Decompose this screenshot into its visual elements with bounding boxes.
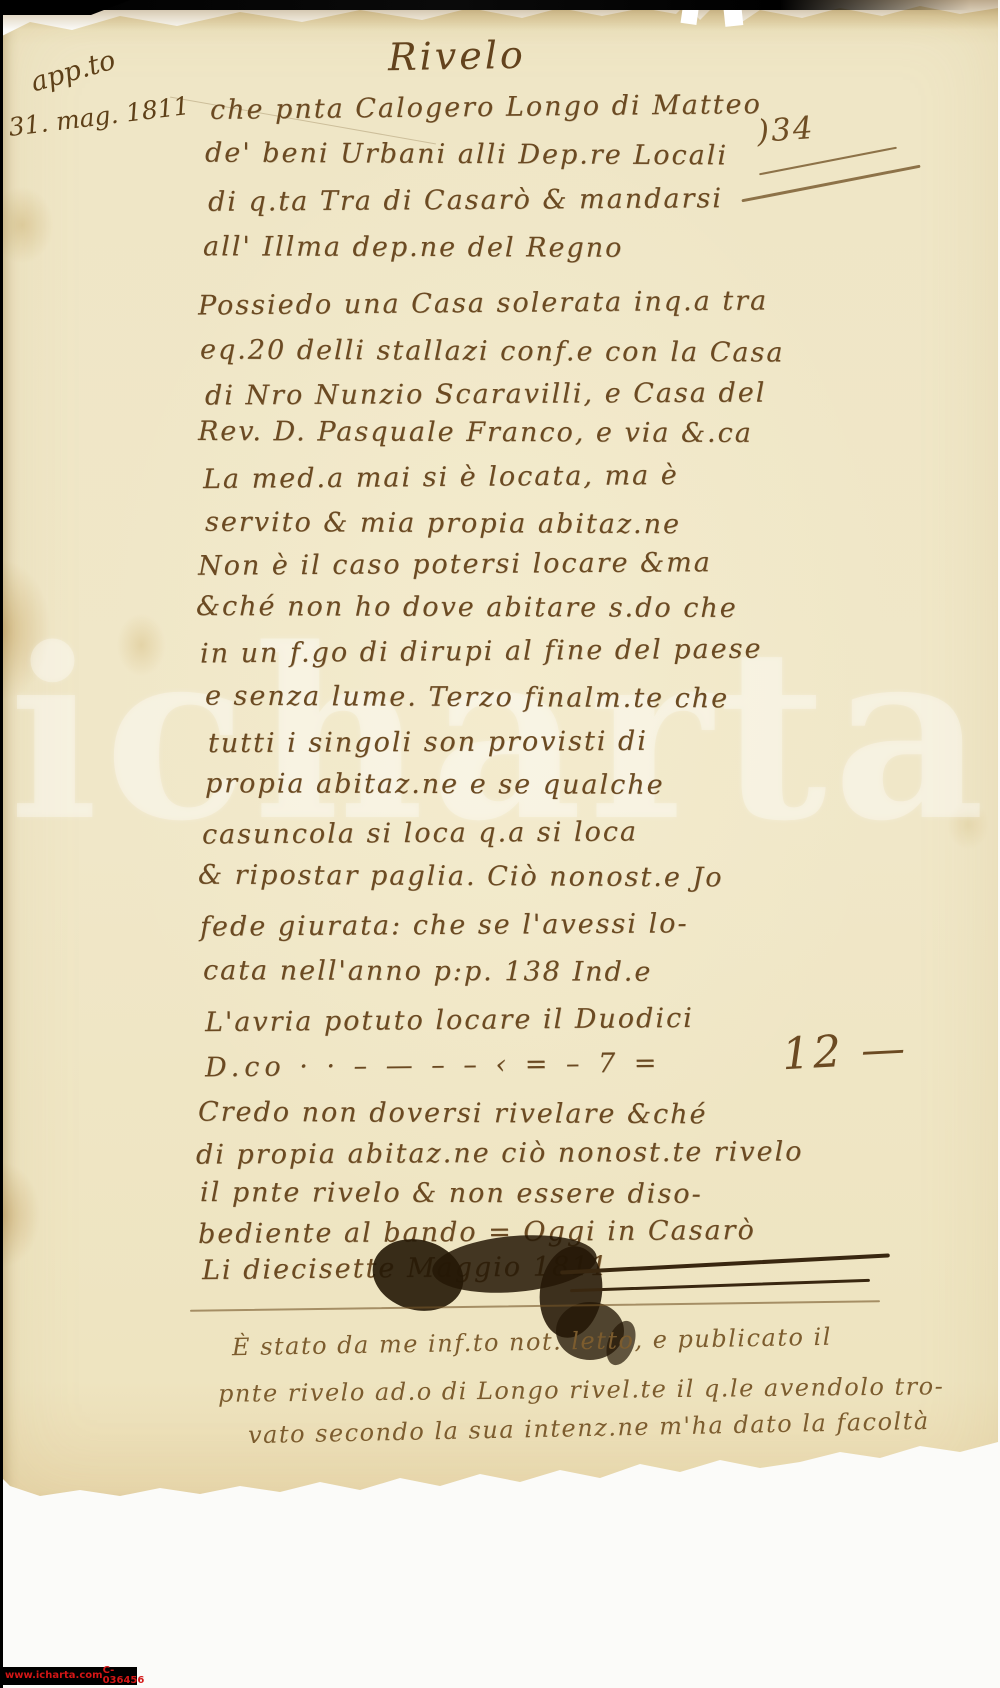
manuscript-line: casuncola si loca q.a si loca	[202, 816, 638, 850]
manuscript-line: Possiedo una Casa solerata inq.a tra	[198, 286, 768, 322]
amount-value: 12 —	[781, 1023, 909, 1081]
manuscript-line: Rev. D. Pasquale Franco, e via &.ca	[198, 416, 753, 449]
scan-edge-left	[0, 0, 3, 1688]
manuscript-line: &ché non ho dove abitare s.do che	[196, 591, 738, 624]
manuscript-line: all' Illma dep.ne del Regno	[203, 231, 623, 264]
folio-number: )34	[756, 110, 816, 150]
manuscript-line: di Nro Nunzio Scaravilli, e Casa del	[205, 378, 767, 412]
footer-site-url: www.icharta.com	[5, 1671, 103, 1681]
manuscript-line: servito & mia propia abitaz.ne	[205, 507, 681, 541]
footer-id-bar: www.icharta.com C-036456	[2, 1667, 137, 1685]
manuscript-line: in un f.go di dirupi al fine del paese	[200, 634, 763, 670]
manuscript-line: cata nell'anno p:p. 138 Ind.e	[203, 955, 652, 988]
manuscript-line: de' beni Urbani alli Dep.re Locali	[205, 138, 728, 172]
manuscript-line: eq.20 delli stallazi conf.e con la Casa	[200, 334, 785, 368]
scanned-document: icharta app.to 31. mag. 1811 Rivelo )34 …	[0, 0, 1000, 1688]
manuscript-line: fede giurata: che se l'avessi lo-	[200, 908, 689, 942]
manuscript-line: Credo non doversi rivelare &ché	[198, 1097, 708, 1131]
footer-document-code: C-036456	[103, 1666, 145, 1686]
manuscript-line: & ripostar paglia. Ciò nonost.e Jo	[198, 860, 724, 894]
document-title: Rivelo	[388, 33, 527, 79]
manuscript-amount-dashes: D.co · · – — – – ‹ = – 7 =	[205, 1048, 662, 1084]
manuscript-line: Non è il caso potersi locare &ma	[198, 547, 712, 582]
manuscript-line: di propia abitaz.ne ciò nonost.te rivelo	[196, 1136, 804, 1170]
manuscript-line: propia abitaz.ne e se qualche	[205, 768, 665, 801]
manuscript-line: il pnte rivelo & non essere diso-	[200, 1177, 703, 1210]
manuscript-line: L'avria potuto locare il Duodici	[205, 1003, 694, 1038]
manuscript-line: e senza lume. Terzo finalm.te che	[205, 681, 729, 715]
scan-edge-top	[0, 0, 1000, 10]
manuscript-line: tutti i singoli son provisti di	[208, 726, 648, 759]
manuscript-line: La med.a mai si è locata, ma è	[203, 460, 679, 495]
manuscript-line: di q.ta Tra di Casarò & mandarsi	[208, 183, 723, 218]
scan-edge-corner	[0, 0, 130, 15]
manuscript-line: che pnta Calogero Longo di Matteo	[210, 89, 762, 126]
